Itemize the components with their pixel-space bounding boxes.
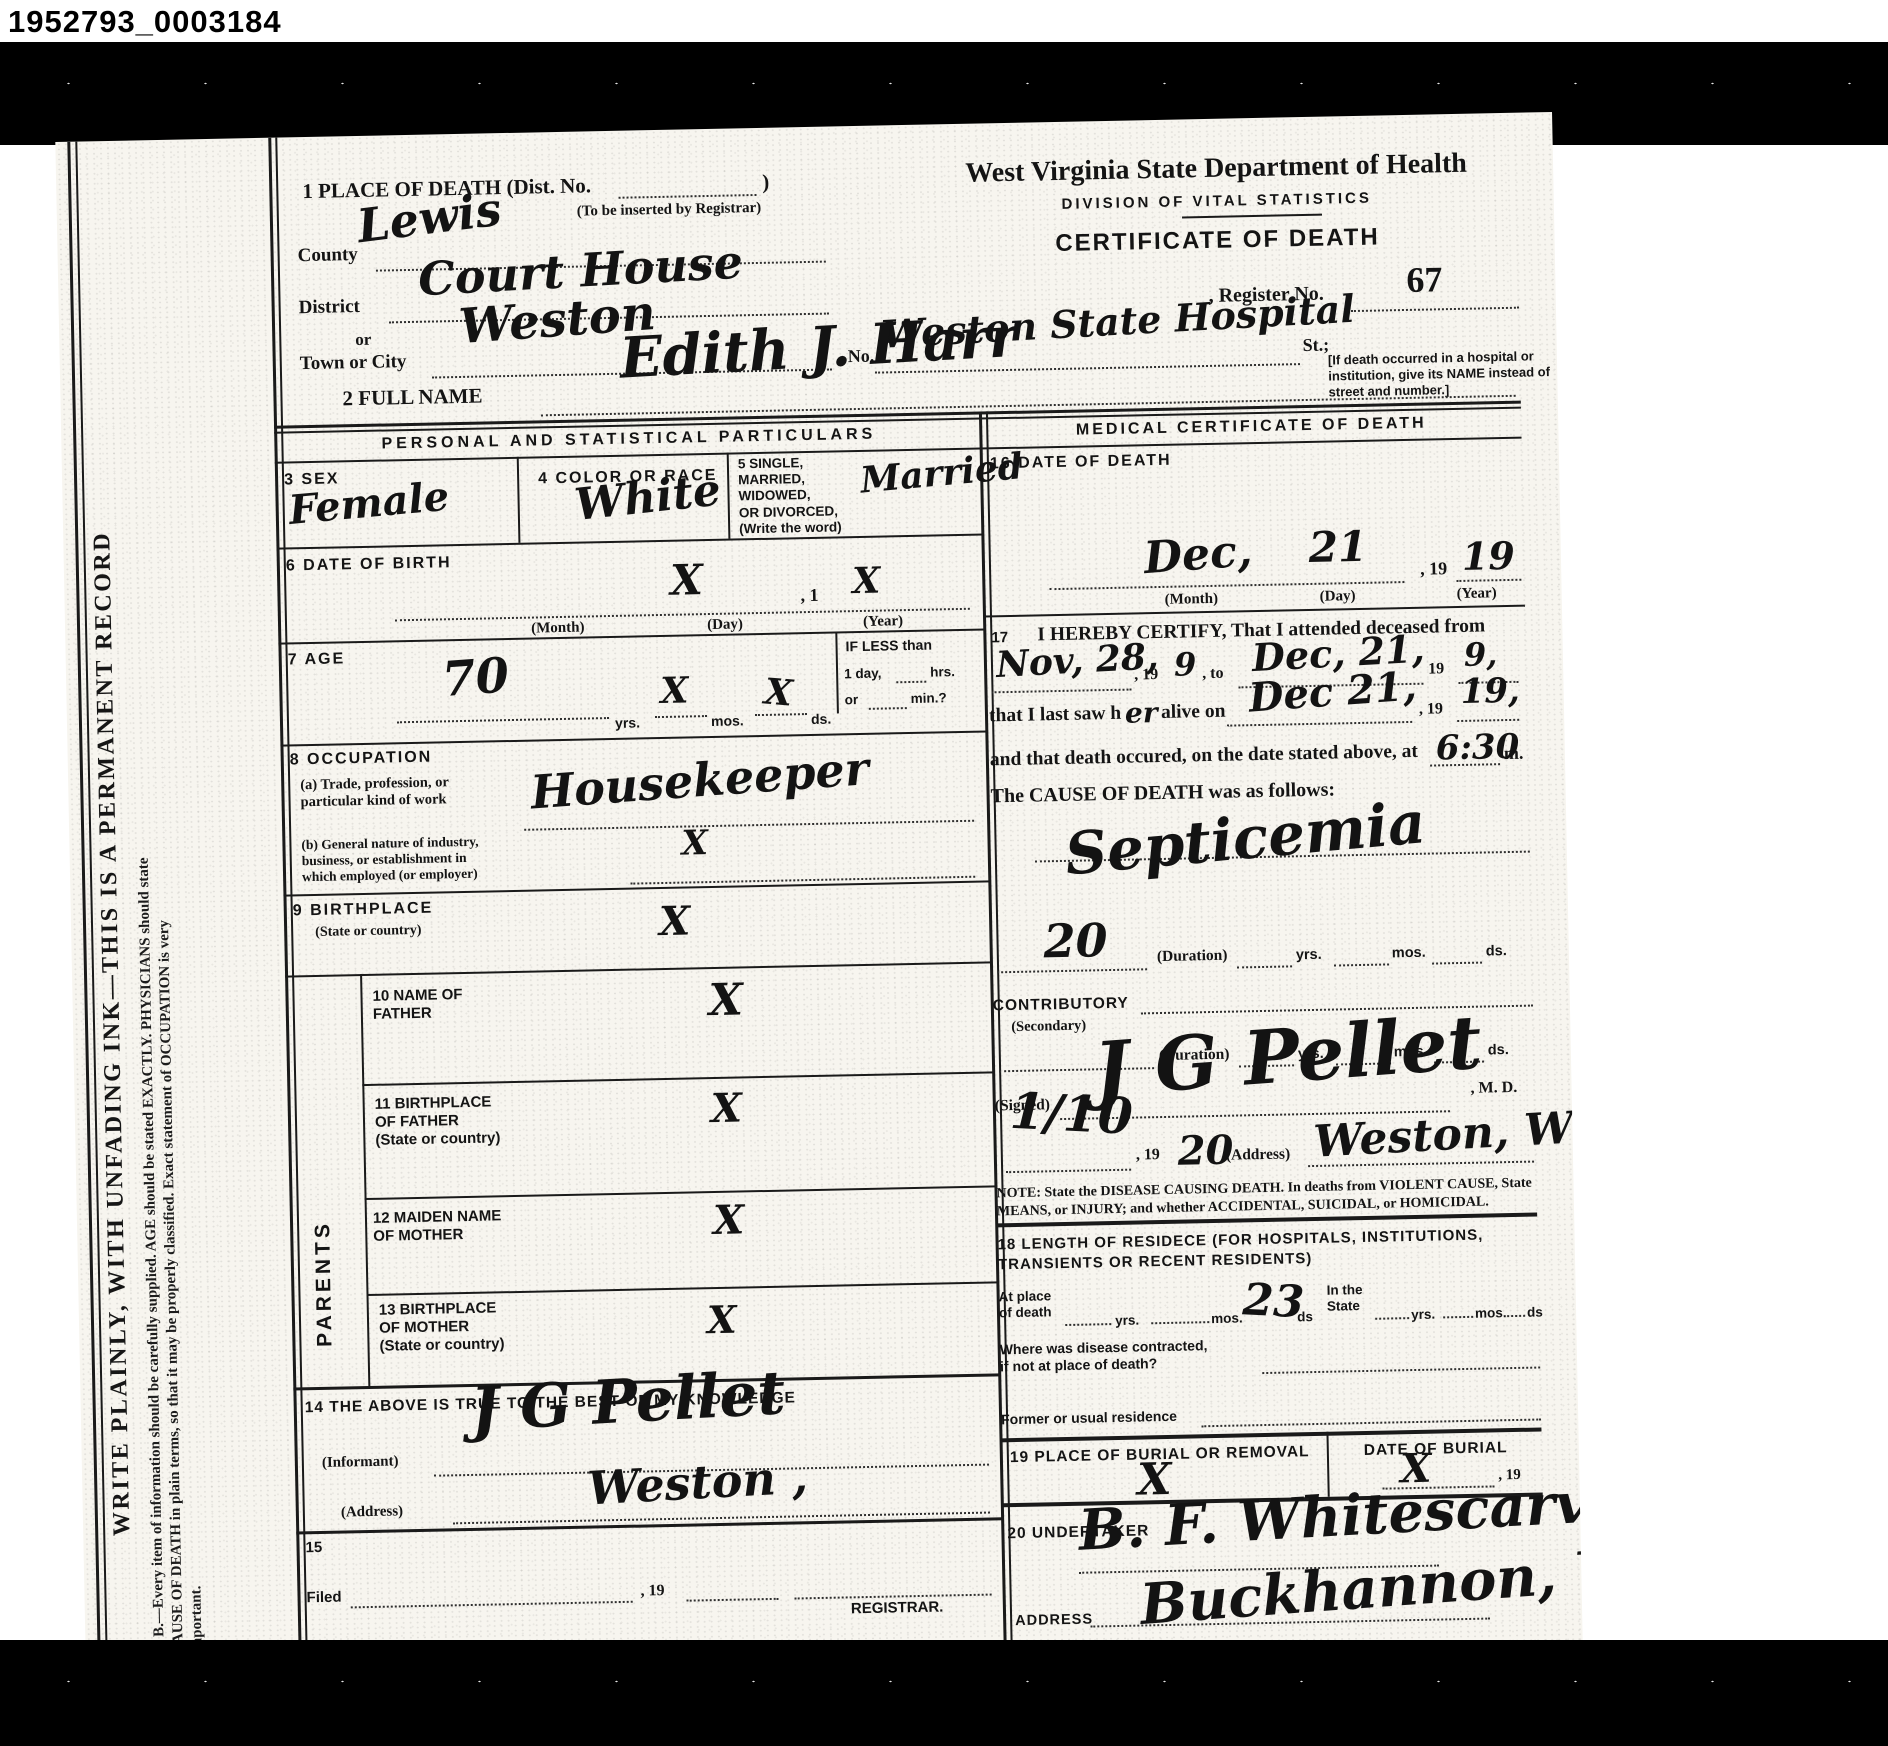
state-ds-caption: ds — [1527, 1304, 1543, 1319]
residence-mos-caption: mos. — [1211, 1310, 1243, 1326]
former-residence-label: Former or usual residence — [1001, 1408, 1177, 1428]
blank-line — [1151, 1319, 1209, 1324]
father-birthplace-label: 11 BIRTHPLACE OF FATHER (State or countr… — [375, 1093, 501, 1149]
dob-day-caption: (Day) — [707, 616, 743, 634]
duration-caption: (Duration) — [1157, 947, 1228, 966]
death-day-handwriting: 21 — [1308, 522, 1367, 572]
if-less-label: IF LESS than — [845, 637, 932, 655]
age-label: 7 AGE — [288, 650, 346, 669]
age-mos-x-mark: X — [660, 669, 689, 712]
occupation-value-handwriting: Housekeeper — [529, 741, 871, 819]
death-day-caption: (Day) — [1320, 588, 1356, 606]
rule — [365, 1185, 997, 1200]
parents-divider — [360, 974, 370, 1386]
saw-19-label: , 19 — [1419, 700, 1443, 718]
rule — [366, 1281, 998, 1296]
father-birthplace-x-mark: X — [710, 1084, 742, 1132]
dob-month-caption: (Month) — [531, 620, 585, 638]
undertaker-address-label: ADDRESS — [1015, 1612, 1093, 1630]
informant-signature-handwriting: J G Pellet — [469, 1358, 787, 1445]
district-label: District — [298, 296, 360, 319]
occupation-a-label: (a) Trade, profession, or particular kin… — [300, 774, 449, 812]
contributory-label: CONTRIBUTORY — [993, 995, 1129, 1016]
or-label: or — [845, 692, 859, 707]
margin-instructions: WRITE PLAINLY, WITH UNFADING INK—THIS IS… — [81, 138, 297, 1686]
blank-line — [1262, 1364, 1540, 1374]
blank-line — [1375, 1315, 1409, 1320]
age-ds-caption: ds. — [811, 711, 832, 727]
where-contracted-label: Where was disease contracted, if not at … — [1000, 1337, 1208, 1375]
to-19-label: 19 — [1428, 660, 1444, 678]
occupation-b-x-mark: X — [681, 823, 708, 864]
blank-line — [1334, 961, 1389, 966]
duration-ds-caption: ds. — [1486, 943, 1507, 959]
registrar-insert-note: (To be inserted by Registrar) — [577, 200, 762, 221]
cell-divider — [835, 631, 839, 713]
division-subtitle: DIVISION OF VITAL STATISTICS — [1007, 189, 1427, 214]
death-time-handwriting: 6:30 — [1435, 727, 1519, 769]
blank-line — [1457, 717, 1519, 722]
date-of-burial-label: DATE OF BURIAL — [1364, 1439, 1508, 1460]
dob-year-caption: (Year) — [863, 613, 903, 631]
county-label: County — [297, 244, 358, 267]
age-mos-caption: mos. — [711, 712, 744, 729]
blank-line — [524, 818, 974, 831]
attended-from-handwriting: Nov, 28, — [995, 635, 1160, 686]
blank-line — [655, 713, 707, 718]
mother-name-label: 12 MAIDEN NAME OF MOTHER — [373, 1207, 502, 1246]
length-of-residence-label: 18 LENGTH OF RESIDECE (FOR HOSPITALS, IN… — [997, 1225, 1534, 1276]
item-15-label: 15 — [305, 1539, 322, 1556]
column-divider — [979, 412, 1007, 1669]
certificate-title: CERTIFICATE OF DEATH — [1007, 223, 1427, 259]
mother-name-x-mark: X — [713, 1196, 745, 1244]
rule — [280, 730, 987, 746]
sign-address-handwriting: Weston, W Va — [1312, 1098, 1583, 1167]
at-place-label: At place of death — [999, 1288, 1052, 1321]
sign-date-handwriting: 1/10 — [1009, 1081, 1134, 1146]
marital-value-handwriting: Married — [859, 445, 1025, 501]
full-name-label: 2 FULL NAME — [342, 384, 482, 412]
rule — [285, 961, 992, 977]
one-day-label: 1 day, — [844, 666, 882, 682]
blank-line — [1432, 960, 1482, 965]
blank-line — [1237, 963, 1292, 968]
st-label: St.; — [1302, 335, 1329, 357]
parents-vertical-label: PARENTS — [309, 1117, 338, 1347]
place-of-death-close: ) — [762, 170, 770, 195]
informant-address-handwriting: Weston , — [586, 1449, 809, 1515]
age-yrs-caption: yrs. — [615, 714, 640, 730]
scanned-death-certificate: 1952793_0003184 WRITE PLAINLY, WITH UNFA… — [0, 0, 1888, 1746]
father-name-x-mark: X — [708, 974, 743, 1026]
town-or-city-label: Town or City — [300, 351, 407, 375]
register-no-value: 67 — [1406, 258, 1443, 301]
filed-19-label: , 19 — [640, 1582, 664, 1600]
blank-line — [896, 679, 926, 684]
hrs-label: hrs. — [930, 664, 955, 679]
blank-line — [351, 1599, 633, 1609]
blank-line — [1065, 1321, 1111, 1326]
marital-status-label: 5 SINGLE, MARRIED, WIDOWED, OR DIVORCED,… — [738, 454, 842, 537]
death-year-handwriting: 19 — [1461, 533, 1515, 579]
death-year-caption: (Year) — [1456, 585, 1496, 603]
blank-line — [618, 192, 756, 199]
death-month-handwriting: Dec, — [1142, 525, 1254, 584]
hospital-name-note: [If death occurred in a hospital or inst… — [1328, 348, 1567, 401]
last-saw-text: that I last saw h — [989, 703, 1122, 728]
state-yrs-caption: yrs. — [1411, 1307, 1435, 1322]
her-handwriting: er — [1125, 696, 1158, 730]
blank-line — [1201, 1416, 1541, 1427]
residence-days-handwriting: 23 — [1242, 1274, 1306, 1328]
min-label: min.? — [910, 690, 946, 706]
blank-line — [1443, 1314, 1473, 1319]
informant-address-label: (Address) — [341, 1503, 404, 1521]
alive-on-text: alive on — [1161, 701, 1226, 724]
blank-line — [795, 1592, 992, 1600]
secondary-label: (Secondary) — [1011, 1018, 1086, 1037]
death-month-caption: (Month) — [1165, 591, 1219, 609]
duration-yrs-caption: yrs. — [1296, 947, 1322, 964]
blank-line — [1507, 1313, 1525, 1317]
cell-divider — [517, 457, 521, 543]
duration-mos-caption: mos. — [1392, 945, 1426, 962]
date-of-birth-label: 6 DATE OF BIRTH — [286, 554, 452, 575]
blank-line — [991, 687, 1131, 694]
birthplace-x-mark: X — [659, 897, 691, 945]
sign-19-label: , 19 — [1136, 1146, 1160, 1164]
dob-year-x-mark: X — [852, 560, 881, 603]
from-year-handwriting: 9 — [1174, 645, 1197, 683]
death-occurred-text: and that death occured, on the date stat… — [990, 741, 1418, 772]
age-ds-x-mark: X — [763, 671, 794, 715]
state-mos-caption: mos. — [1475, 1305, 1507, 1321]
registrar-label: REGISTRAR. — [851, 1599, 944, 1618]
age-value-handwriting: 70 — [440, 647, 511, 708]
blank-line — [397, 715, 609, 723]
to-year-handwriting: 9, — [1463, 635, 1497, 674]
divider — [1182, 214, 1322, 219]
birthplace-label: 9 BIRTHPLACE — [293, 900, 434, 921]
district-or-label: or — [355, 330, 371, 350]
residence-yrs-caption: yrs. — [1115, 1313, 1139, 1328]
saw-year-handwriting: 19, — [1460, 671, 1520, 712]
to-label: , to — [1202, 665, 1224, 683]
scan-id-label: 1952793_0003184 — [8, 4, 282, 40]
sign-address-label: (Address) — [1226, 1145, 1291, 1164]
father-name-label: 10 NAME OF FATHER — [372, 986, 463, 1024]
blank-line — [1351, 305, 1519, 312]
blank-line — [1006, 1167, 1131, 1174]
rule — [362, 1071, 994, 1086]
occupation-b-label: (b) General nature of industry, business… — [301, 834, 479, 886]
certificate-paper: WRITE PLAINLY, WITH UNFADING INK—THIS IS… — [55, 112, 1583, 1687]
cell-divider — [727, 453, 731, 539]
dob-comma-1: , 1 — [800, 585, 818, 606]
blank-line — [869, 705, 907, 710]
scanner-black-band-bottom — [0, 1640, 1888, 1746]
mother-birthplace-x-mark: X — [707, 1297, 737, 1343]
birthplace-sub-label: (State or country) — [315, 923, 422, 941]
sign-year-handwriting: 20 — [1177, 1127, 1234, 1175]
dob-x-mark: X — [670, 555, 704, 605]
in-the-state-label: In the State — [1326, 1282, 1363, 1315]
filed-label: Filed — [306, 1589, 341, 1607]
rule — [276, 533, 983, 549]
occupation-label: 8 OCCUPATION — [290, 749, 433, 770]
informant-label: (Informant) — [322, 1453, 399, 1472]
duration-value-handwriting: 20 — [1043, 913, 1108, 968]
blank-line — [687, 1596, 779, 1602]
death-19-label: , 19 — [1420, 558, 1447, 580]
physician-signature-handwriting: J G Pellet — [1091, 1000, 1484, 1114]
department-title: West Virginia State Department of Health — [916, 147, 1517, 191]
duration2-ds-caption: ds. — [1488, 1042, 1509, 1058]
mother-birthplace-label: 13 BIRTHPLACE OF MOTHER (State or countr… — [379, 1299, 505, 1355]
